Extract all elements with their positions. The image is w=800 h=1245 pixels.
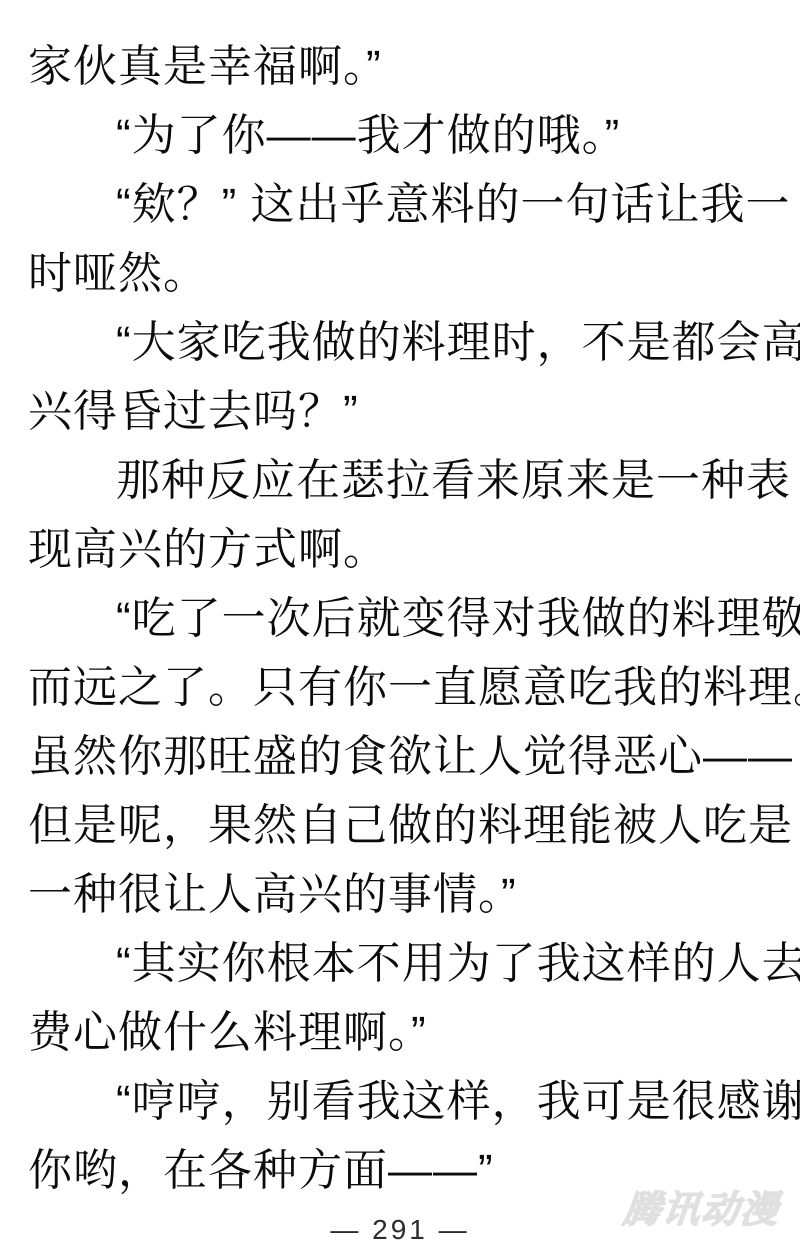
text-line: 家伙真是幸福啊。” bbox=[28, 32, 780, 101]
text-line: “吃了一次后就变得对我做的料理敬 bbox=[28, 584, 780, 653]
text-line: “哼哼，别看我这样，我可是很感谢 bbox=[28, 1067, 780, 1136]
watermark-tencent-comics: 腾讯动漫 bbox=[621, 1179, 783, 1233]
text-line: 时哑然。 bbox=[28, 239, 780, 308]
novel-reader-page: 家伙真是幸福啊。”“为了你——我才做的哦。”“欸？” 这出乎意料的一句话让我一时… bbox=[0, 0, 800, 1245]
text-line: 虽然你那旺盛的食欲让人觉得恶心—— bbox=[28, 722, 780, 791]
text-line: 费心做什么料理啊。” bbox=[28, 998, 780, 1067]
text-line: 现高兴的方式啊。 bbox=[28, 515, 780, 584]
text-line: “大家吃我做的料理时，不是都会高 bbox=[28, 308, 780, 377]
text-line: 但是呢，果然自己做的料理能被人吃是 bbox=[28, 791, 780, 860]
text-line: 一种很让人高兴的事情。” bbox=[28, 860, 780, 929]
text-line: 兴得昏过去吗？” bbox=[28, 377, 780, 446]
text-line: 那种反应在瑟拉看来原来是一种表 bbox=[28, 446, 780, 515]
text-line: “为了你——我才做的哦。” bbox=[28, 101, 780, 170]
text-line: “欸？” 这出乎意料的一句话让我一 bbox=[28, 170, 780, 239]
text-line: “其实你根本不用为了我这样的人去 bbox=[28, 929, 780, 998]
novel-text-block: 家伙真是幸福啊。”“为了你——我才做的哦。”“欸？” 这出乎意料的一句话让我一时… bbox=[0, 0, 800, 1205]
text-line: 而远之了。只有你一直愿意吃我的料理。 bbox=[28, 653, 780, 722]
